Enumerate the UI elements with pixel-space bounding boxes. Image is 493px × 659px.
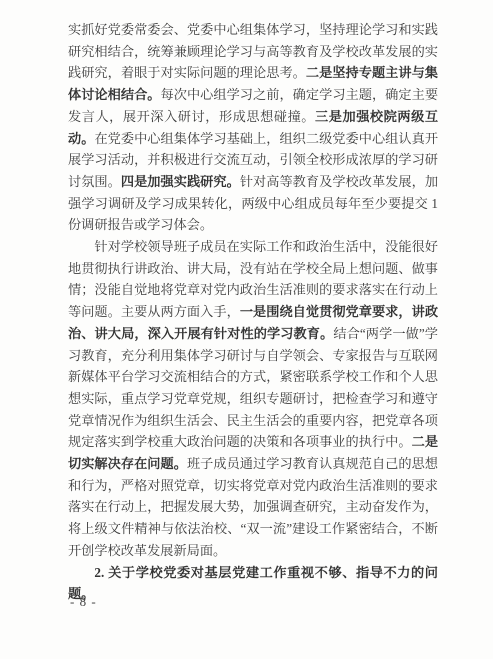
paragraph-heading-item-2: 2. 关于学校党委对基层党建工作重视不够、指导不力的问题。: [68, 562, 438, 605]
text-run: 结合“两学一做”学习教育，充分利用集体学习研讨与自学领会、专家报告与互联网新媒体…: [68, 326, 438, 450]
paragraph-leadership-rectification: 针对学校领导班子成员在实际工作和政治生活中，没能很好地贯彻执行讲政治、讲大局，没…: [68, 236, 438, 562]
text-run-bold: 四是加强实践研究。: [121, 174, 240, 189]
text-run: 班子成员通过学习教育认真规范自己的思想和行为，严格对照党章，切实将党章对党内政治…: [68, 456, 438, 558]
text-run-bold: 2. 关于学校党委对基层党建工作重视不够、指导不力的问题。: [68, 565, 438, 602]
paragraph-theory-learning-measures: 实抓好党委常委会、党委中心组集体学习，坚持理论学习和实践研究相结合，统筹兼顾理论…: [68, 19, 438, 236]
document-page: 实抓好党委常委会、党委中心组集体学习，坚持理论学习和实践研究相结合，统筹兼顾理论…: [0, 0, 493, 659]
document-body: 实抓好党委常委会、党委中心组集体学习，坚持理论学习和实践研究相结合，统筹兼顾理论…: [68, 19, 438, 605]
page-number: - 8 -: [70, 594, 97, 610]
